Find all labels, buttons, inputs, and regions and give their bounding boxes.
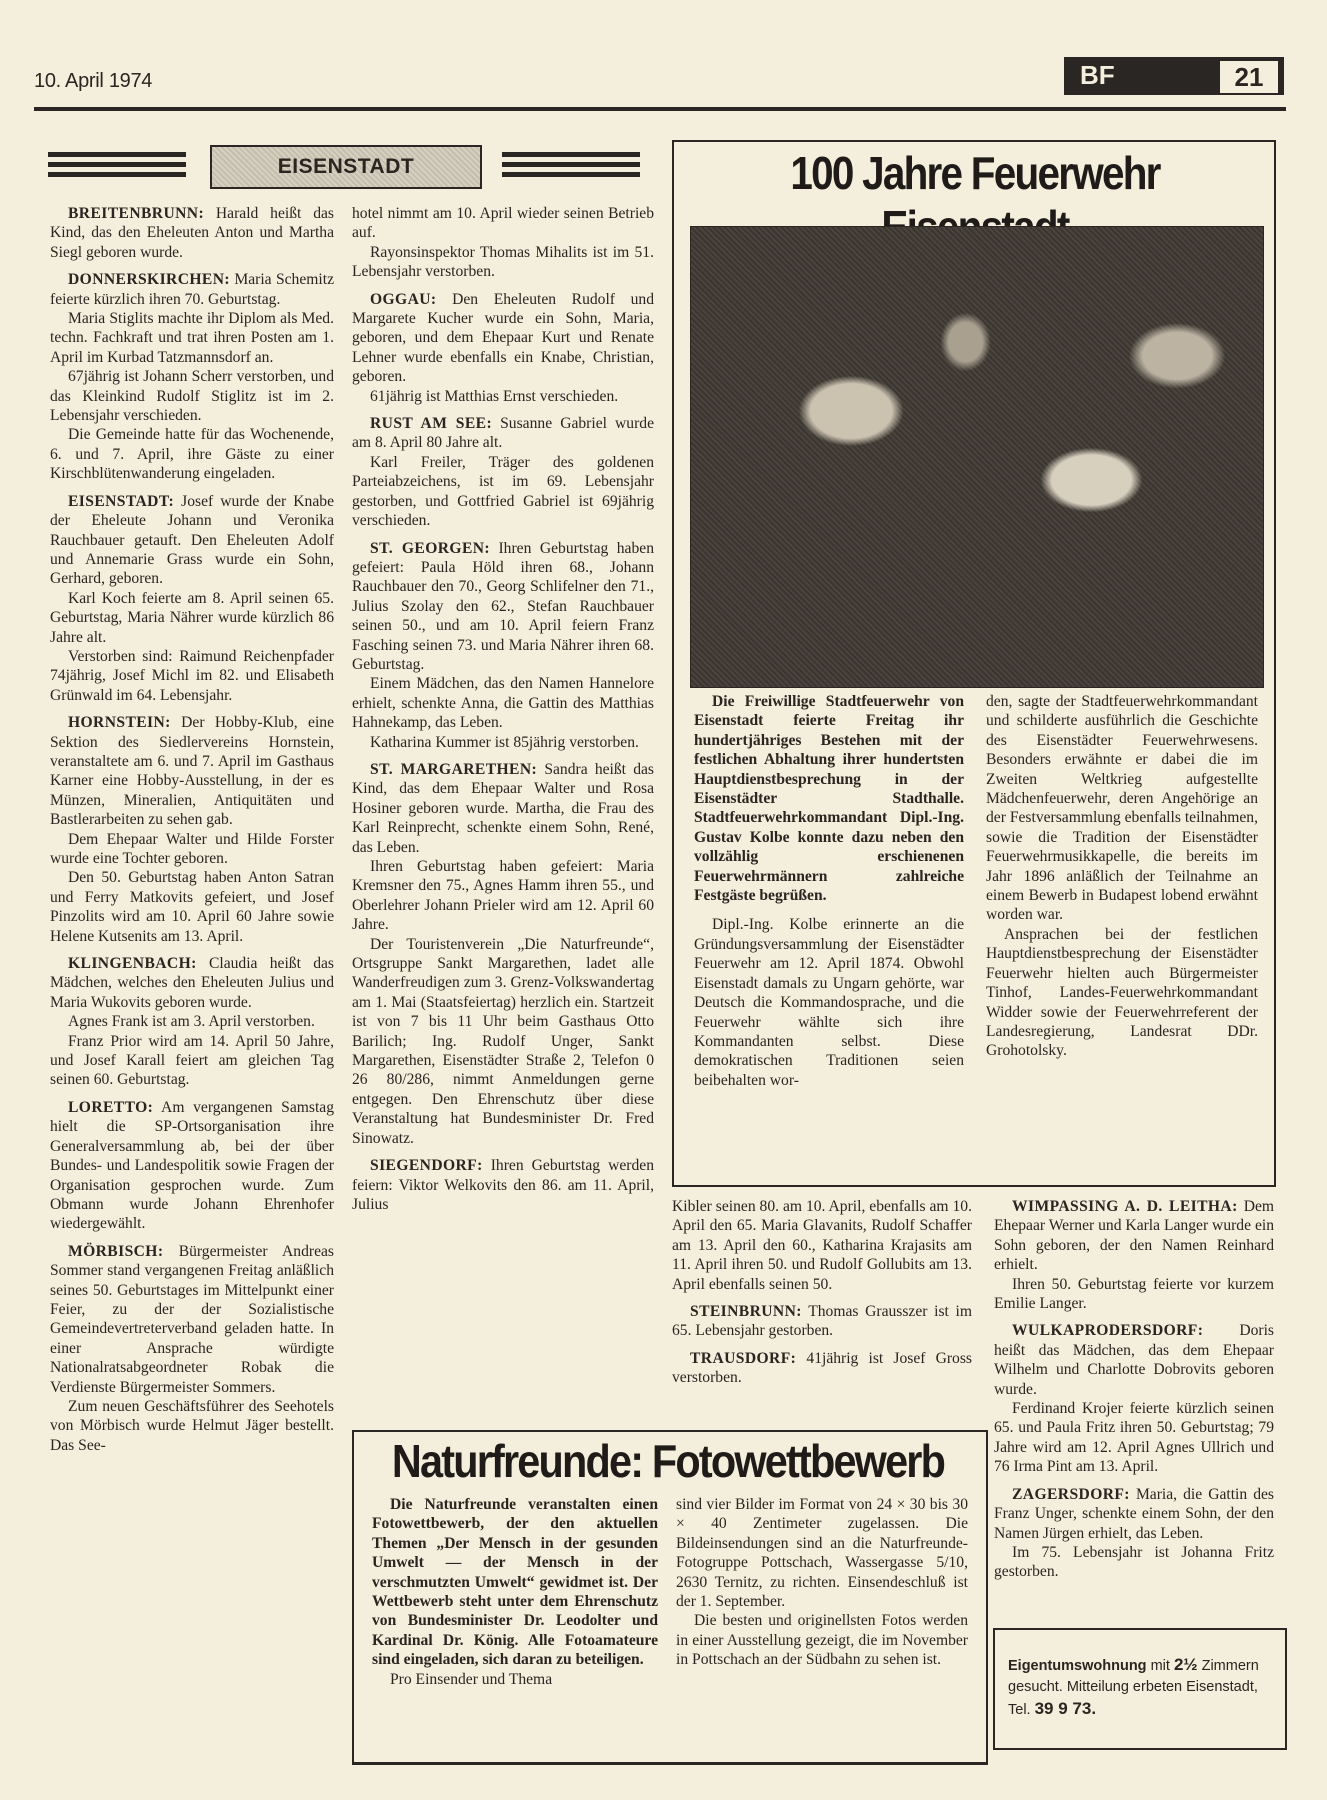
- news-text: Bürgermeister Andreas Sommer stand verga…: [50, 1243, 334, 1396]
- news-column-4: WIMPASSING A. D. LEITHA: Dem Ehepaar Wer…: [994, 1197, 1274, 1582]
- feature-lead: Die Freiwillige Stadtfeuerwehr von Eisen…: [694, 692, 964, 905]
- news-text: Karl Koch feierte am 8. April seinen 65.…: [50, 590, 334, 646]
- news-item-rust-am-see: RUST AM SEE: Susanne Gabriel wurde am 8.…: [352, 414, 654, 453]
- place-name: LORETTO:: [68, 1099, 153, 1116]
- naturfreunde-column-1: Die Naturfreunde veranstalten einen Foto…: [372, 1495, 658, 1689]
- section-title: EISENSTADT: [210, 145, 482, 189]
- news-text: Im 75. Lebensjahr ist Johanna Fritz gest…: [994, 1544, 1274, 1580]
- place-name: ST. GEORGEN:: [370, 540, 490, 557]
- news-item-trausdorf: TRAUSDORF: 41jährig ist Josef Gross vers…: [672, 1349, 972, 1388]
- news-item-oggau: OGGAU: Den Eheleuten Rudolf und Margaret…: [352, 290, 654, 387]
- news-column-1: BREITENBRUNN: Harald heißt das Kind, das…: [50, 204, 334, 1455]
- news-text: Maria Stiglits machte ihr Diplom als Med…: [50, 310, 334, 366]
- page-number: 21: [1219, 60, 1279, 94]
- news-item-wulkaprodersdorf: WULKAPRODERSDORF: Doris heißt das Mädche…: [994, 1321, 1274, 1399]
- news-text: Am vergangenen Samstag hielt die SP-Orts…: [50, 1099, 334, 1232]
- news-item-donnerskirchen: DONNERSKIRCHEN: Maria Schemitz feierte k…: [50, 270, 334, 309]
- news-item-wimpassing-a-d-leitha: WIMPASSING A. D. LEITHA: Dem Ehepaar Wer…: [994, 1197, 1274, 1275]
- header-rule: [34, 107, 1286, 111]
- news-text: Agnes Frank ist am 3. April verstorben.: [68, 1013, 315, 1030]
- classified-ad-text: Eigentumswohnung mit 2½ Zimmern gesucht.…: [1008, 1654, 1276, 1721]
- banner-stripes-left: [48, 152, 186, 178]
- news-item: hotel nimmt am 10. April wieder seinen B…: [352, 204, 654, 243]
- news-text: hotel nimmt am 10. April wieder seinen B…: [352, 205, 654, 241]
- news-text: Rayonsinspektor Thomas Mihalits ist im 5…: [352, 244, 654, 280]
- news-item: Karl Freiler, Träger des goldenen Partei…: [352, 453, 654, 531]
- news-text: 61jährig ist Matthias Ernst verschieden.: [370, 388, 618, 405]
- news-item-st-georgen: ST. GEORGEN: Ihren Geburtstag haben gefe…: [352, 539, 654, 675]
- news-column-3: Kibler seinen 80. am 10. April, ebenfall…: [672, 1197, 972, 1388]
- place-name: TRAUSDORF:: [690, 1350, 796, 1367]
- news-item: Den 50. Geburtstag haben Anton Satran un…: [50, 868, 334, 946]
- naturfreunde-body-2: sind vier Bilder im Format von 24 × 30 b…: [676, 1495, 968, 1611]
- news-item: Ihren 50. Geburtstag feierte vor kurzem …: [994, 1275, 1274, 1314]
- news-item: Verstorben sind: Raimund Reichenpfader 7…: [50, 647, 334, 705]
- issue-date: 10. April 1974: [34, 70, 152, 93]
- naturfreunde-column-2: sind vier Bilder im Format von 24 × 30 b…: [676, 1495, 968, 1670]
- news-item: Ferdinand Krojer feierte kürzlich seinen…: [994, 1399, 1274, 1477]
- place-name: KLINGENBACH:: [68, 955, 197, 972]
- ad-text-1: mit: [1147, 1658, 1174, 1674]
- news-text: Ihren Geburtstag haben gefeiert: Paula H…: [352, 540, 654, 673]
- news-text: 67jährig ist Johann Scherr verstorben, u…: [50, 368, 334, 424]
- news-column-2: hotel nimmt am 10. April wieder seinen B…: [352, 204, 654, 1214]
- place-name: HORNSTEIN:: [68, 714, 171, 731]
- news-item-eisenstadt: EISENSTADT: Josef wurde der Knabe der Eh…: [50, 492, 334, 589]
- feature-photo: [690, 226, 1264, 688]
- feature-column-1: Die Freiwillige Stadtfeuerwehr von Eisen…: [694, 692, 964, 1090]
- news-item-breitenbrunn: BREITENBRUNN: Harald heißt das Kind, das…: [50, 204, 334, 262]
- news-item: Im 75. Lebensjahr ist Johanna Fritz gest…: [994, 1543, 1274, 1582]
- news-text: Die Gemeinde hatte für das Wochenende, 6…: [50, 426, 334, 482]
- ad-keyword: Eigentumswohnung: [1008, 1658, 1147, 1674]
- news-item: Zum neuen Geschäftsführer des Seehotels …: [50, 1397, 334, 1455]
- feature-body-2: den, sagte der Stadtfeuerwehrkommandant …: [986, 692, 1258, 925]
- news-item: Kibler seinen 80. am 10. April, ebenfall…: [672, 1197, 972, 1294]
- place-name: DONNERSKIRCHEN:: [68, 271, 230, 288]
- naturfreunde-headline: Naturfreunde: Fotowettbewerb: [391, 1434, 945, 1488]
- news-text: Ihren 50. Geburtstag feierte vor kurzem …: [994, 1276, 1274, 1312]
- ad-rooms: 2½: [1174, 1655, 1198, 1674]
- naturfreunde-body-1: Pro Einsender und Thema: [372, 1670, 658, 1689]
- feature-body-1: Dipl.-Ing. Kolbe erinnerte an die Gründu…: [694, 915, 964, 1090]
- place-name: WIMPASSING A. D. LEITHA:: [1012, 1198, 1238, 1215]
- news-text: Verstorben sind: Raimund Reichenpfader 7…: [50, 648, 334, 704]
- place-name: WULKAPRODERSDORF:: [1012, 1322, 1203, 1339]
- news-item: 61jährig ist Matthias Ernst verschieden.: [352, 387, 654, 406]
- news-text: Ihren Geburtstag haben gefeiert: Maria K…: [352, 858, 654, 933]
- feature-column-2: den, sagte der Stadtfeuerwehrkommandant …: [986, 692, 1258, 1061]
- news-item-steinbrunn: STEINBRUNN: Thomas Grausszer ist im 65. …: [672, 1302, 972, 1341]
- news-text: Der Touristenverein „Die Naturfreunde“, …: [352, 936, 654, 1147]
- news-item: Franz Prior wird am 14. April 50 Jahre, …: [50, 1032, 334, 1090]
- news-text: Den 50. Geburtstag haben Anton Satran un…: [50, 869, 334, 944]
- news-item: Der Touristenverein „Die Naturfreunde“, …: [352, 935, 654, 1148]
- news-text: Franz Prior wird am 14. April 50 Jahre, …: [50, 1033, 334, 1089]
- naturfreunde-body-3: Die besten und originellsten Fotos werde…: [676, 1611, 968, 1669]
- news-item-zagersdorf: ZAGERSDORF: Maria, die Gattin des Franz …: [994, 1485, 1274, 1543]
- news-text: Karl Freiler, Träger des goldenen Partei…: [352, 454, 654, 529]
- news-item: Einem Mädchen, das den Namen Hannelore e…: [352, 674, 654, 732]
- feature-body-3: Ansprachen bei der festlichen Hauptdiens…: [986, 925, 1258, 1061]
- place-name: RUST AM SEE:: [370, 415, 492, 432]
- news-item: Katharina Kummer ist 85jährig verstorben…: [352, 733, 654, 752]
- news-item: Die Gemeinde hatte für das Wochenende, 6…: [50, 425, 334, 483]
- news-item-st-margarethen: ST. MARGARETHEN: Sandra heißt das Kind, …: [352, 760, 654, 857]
- news-item: Karl Koch feierte am 8. April seinen 65.…: [50, 589, 334, 647]
- news-text: Zum neuen Geschäftsführer des Seehotels …: [50, 1398, 334, 1454]
- news-item: Dem Ehepaar Walter und Hilde Forster wur…: [50, 830, 334, 869]
- place-name: BREITENBRUNN:: [68, 205, 204, 222]
- place-name: EISENSTADT:: [68, 493, 174, 510]
- news-item: 67jährig ist Johann Scherr verstorben, u…: [50, 367, 334, 425]
- place-name: MÖRBISCH:: [68, 1243, 163, 1260]
- place-name: OGGAU:: [370, 291, 437, 308]
- news-text: Einem Mädchen, das den Namen Hannelore e…: [352, 675, 654, 731]
- news-item-klingenbach: KLINGENBACH: Claudia heißt das Mädchen, …: [50, 954, 334, 1012]
- news-item-mörbisch: MÖRBISCH: Bürgermeister Andreas Sommer s…: [50, 1242, 334, 1397]
- place-name: ZAGERSDORF:: [1012, 1486, 1130, 1503]
- news-text: Kibler seinen 80. am 10. April, ebenfall…: [672, 1198, 972, 1293]
- naturfreunde-lead: Die Naturfreunde veranstalten einen Foto…: [372, 1495, 658, 1670]
- news-text: Katharina Kummer ist 85jährig verstorben…: [370, 734, 639, 751]
- place-name: ST. MARGARETHEN:: [370, 761, 537, 778]
- news-item: Ihren Geburtstag haben gefeiert: Maria K…: [352, 857, 654, 935]
- news-item-siegendorf: SIEGENDORF: Ihren Geburtstag werden feie…: [352, 1156, 654, 1214]
- banner-stripes-right: [502, 152, 640, 178]
- place-name: SIEGENDORF:: [370, 1157, 483, 1174]
- news-text: Ferdinand Krojer feierte kürzlich seinen…: [994, 1400, 1274, 1475]
- news-item: Agnes Frank ist am 3. April verstorben.: [50, 1012, 334, 1031]
- news-item-hornstein: HORNSTEIN: Der Hobby-Klub, eine Sektion …: [50, 713, 334, 829]
- news-text: Dem Ehepaar Walter und Hilde Forster wur…: [50, 831, 334, 867]
- section-code: BF: [1080, 60, 1115, 91]
- news-item: Maria Stiglits machte ihr Diplom als Med…: [50, 309, 334, 367]
- news-item-loretto: LORETTO: Am vergangenen Samstag hielt di…: [50, 1098, 334, 1234]
- place-name: STEINBRUNN:: [690, 1303, 802, 1320]
- news-text: Der Hobby-Klub, eine Sektion des Siedler…: [50, 714, 334, 828]
- ad-phone: 39 9 73.: [1035, 1699, 1096, 1718]
- news-item: Rayonsinspektor Thomas Mihalits ist im 5…: [352, 243, 654, 282]
